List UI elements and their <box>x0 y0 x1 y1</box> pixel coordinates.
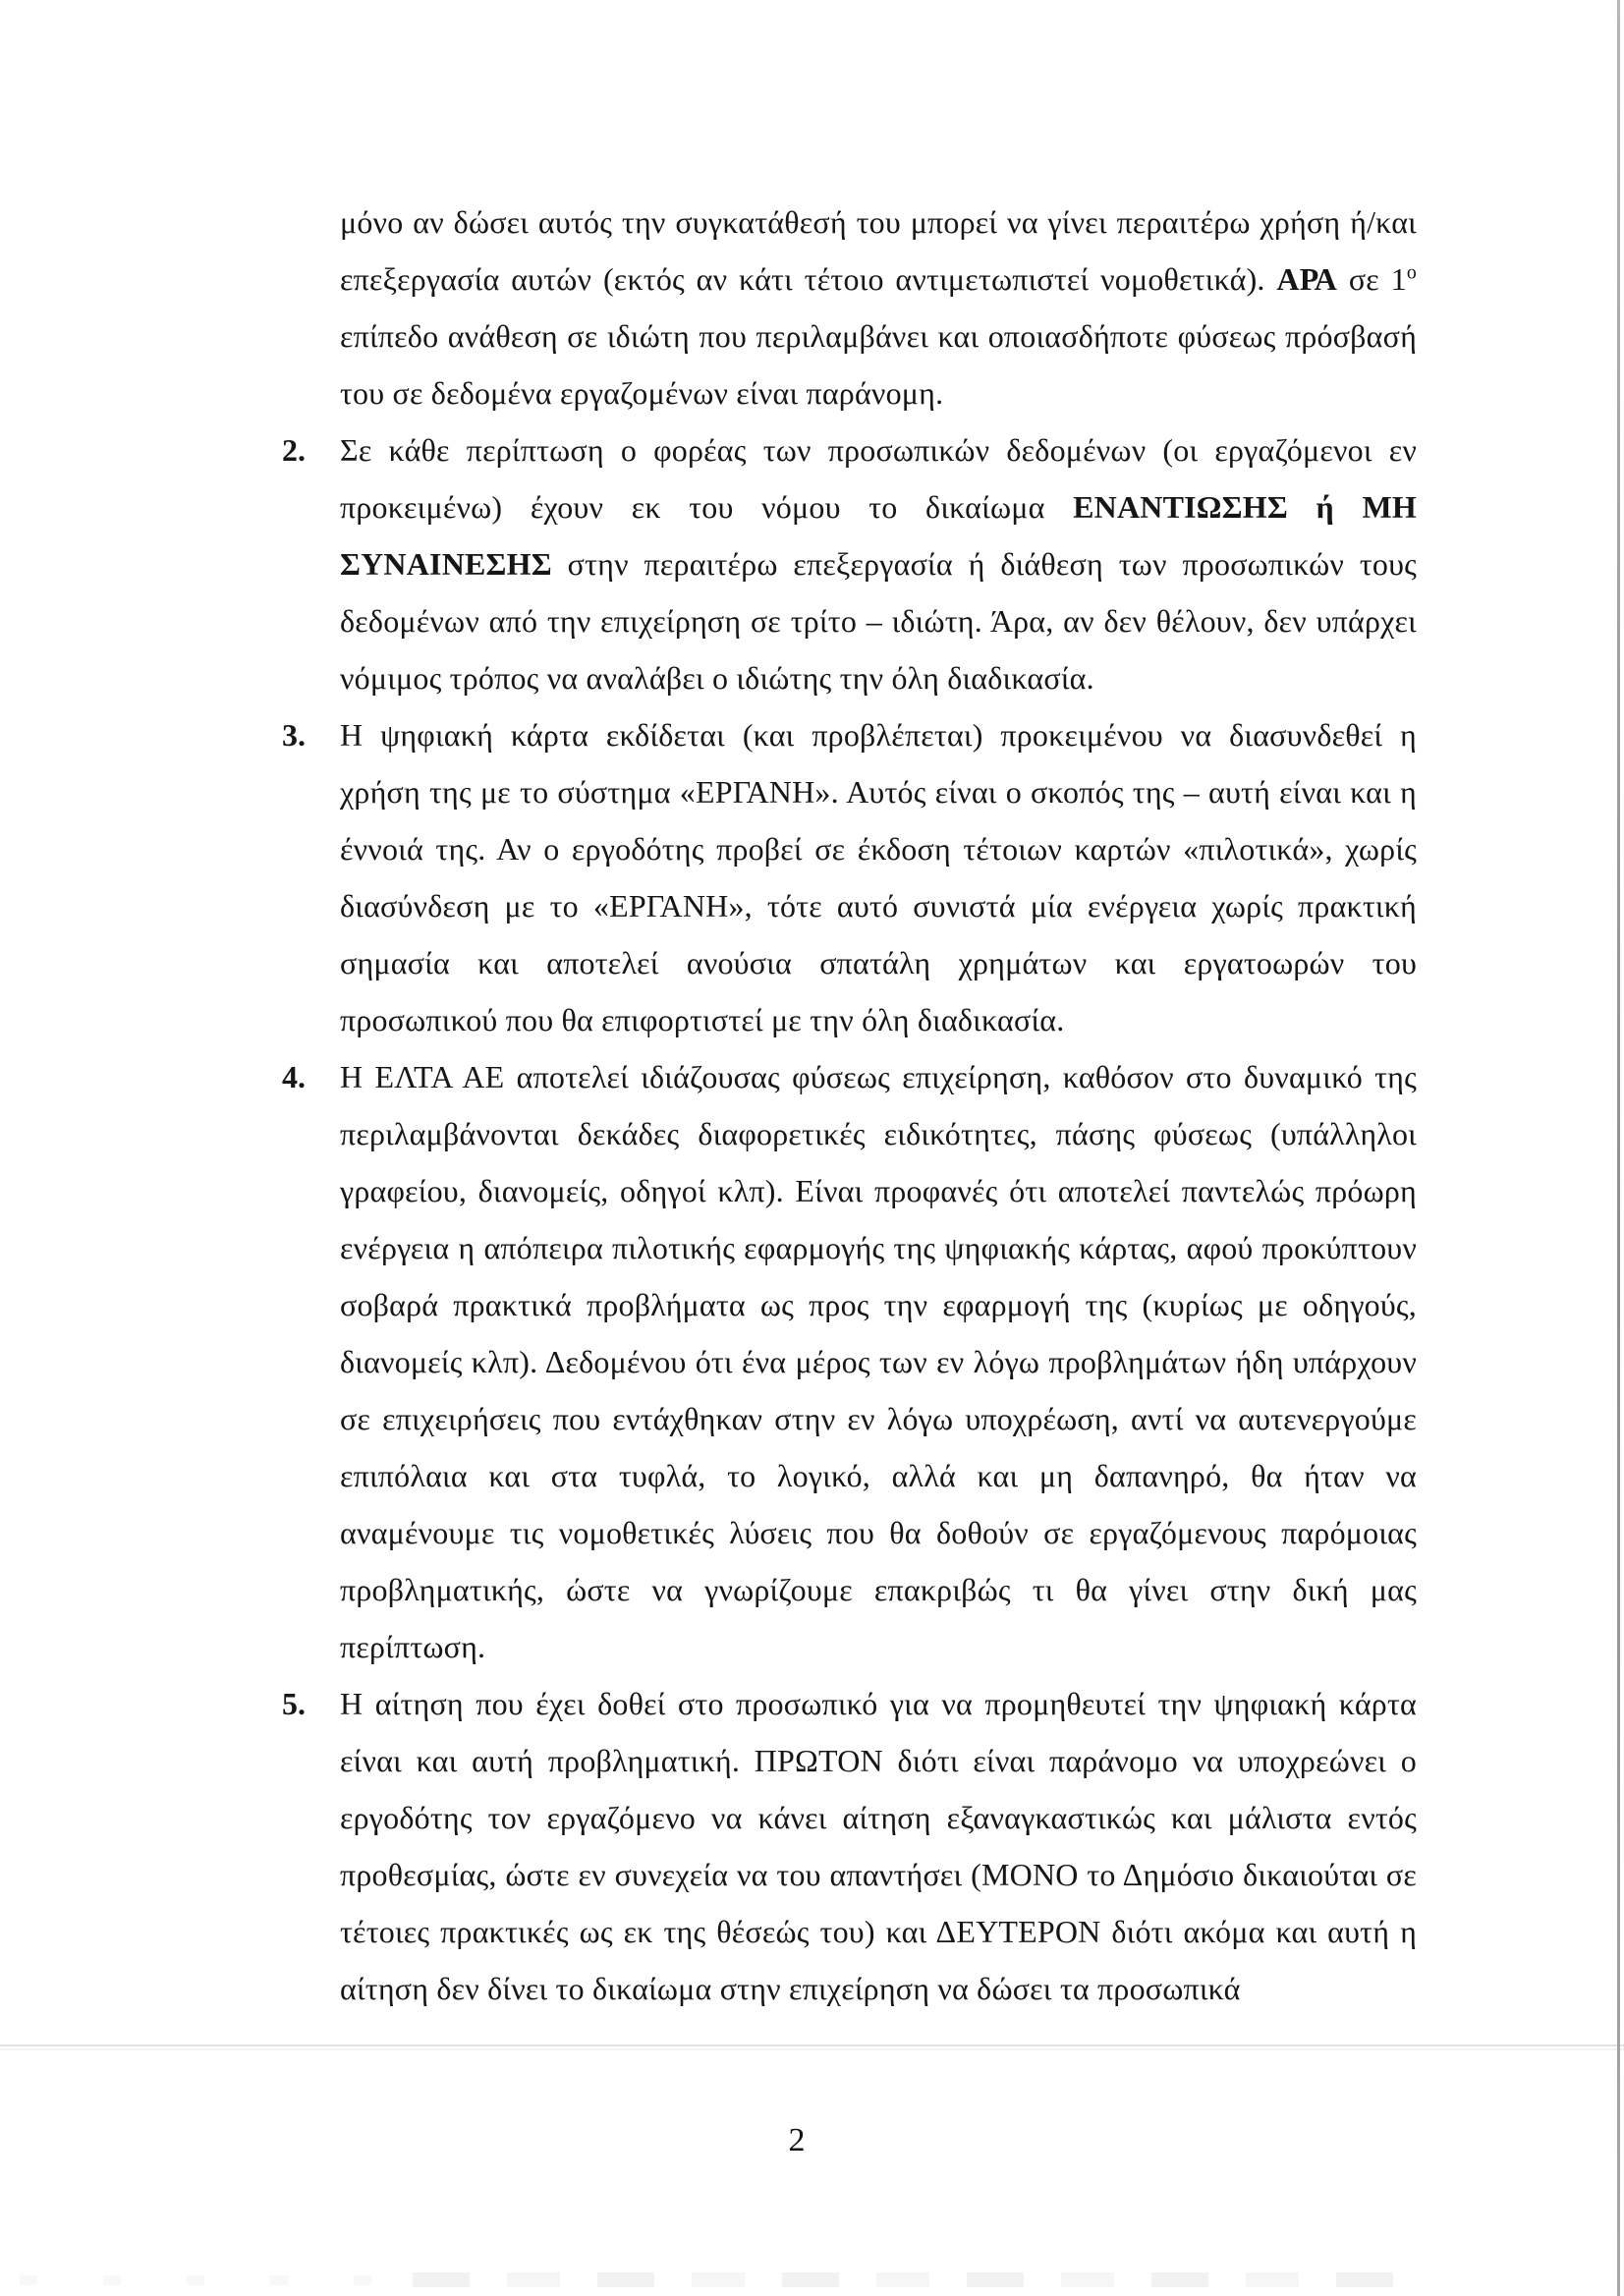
list-item-3: 3. Η ψηφιακή κάρτα εκδίδεται (και προβλέ… <box>340 706 1417 1048</box>
paragraph-item1-continuation: μόνο αν δώσει αυτός την συγκατάθεσή του … <box>340 194 1417 421</box>
scan-edge-artifact-line <box>1617 0 1620 2296</box>
scan-noise-strip <box>413 2272 1405 2287</box>
footer-separator-line <box>0 2044 1624 2046</box>
item1-ordinal-superscript: ο <box>1407 261 1417 283</box>
item1-text-part2: σε 1 <box>1337 261 1407 297</box>
list-item-4: 4. Η ΕΛΤΑ ΑΕ αποτελεί ιδιάζουσας φύσεως … <box>340 1048 1417 1675</box>
item4-paragraph: Η ΕΛΤΑ ΑΕ αποτελεί ιδιάζουσας φύσεως επι… <box>340 1048 1417 1675</box>
item2-number: 2. <box>282 421 331 478</box>
scan-noise-specks <box>20 2275 393 2285</box>
item1-bold-ara: ΑΡΑ <box>1276 261 1337 297</box>
item1-text-part1: μόνο αν δώσει αυτός την συγκατάθεσή του … <box>340 204 1417 297</box>
page-number: 2 <box>0 2112 1594 2169</box>
item5-paragraph: Η αίτηση που έχει δοθεί στο προσωπικό γι… <box>340 1675 1417 2017</box>
list-item-5: 5. Η αίτηση που έχει δοθεί στο προσωπικό… <box>340 1675 1417 2017</box>
scanned-document-page: μόνο αν δώσει αυτός την συγκατάθεσή του … <box>0 0 1624 2296</box>
item1-text-part3: επίπεδο ανάθεση σε ιδιώτη που περιλαμβάν… <box>340 318 1417 411</box>
item5-number: 5. <box>282 1675 331 1732</box>
item3-number: 3. <box>282 706 331 763</box>
item4-text: Η ΕΛΤΑ ΑΕ αποτελεί ιδιάζουσας φύσεως επι… <box>340 1059 1417 1664</box>
item3-paragraph: Η ψηφιακή κάρτα εκδίδεται (και προβλέπετ… <box>340 706 1417 1048</box>
item2-paragraph: Σε κάθε περίπτωση ο φορέας των προσωπικώ… <box>340 421 1417 706</box>
item3-text: Η ψηφιακή κάρτα εκδίδεται (και προβλέπετ… <box>340 717 1417 1037</box>
list-item-2: 2. Σε κάθε περίπτωση ο φορέας των προσωπ… <box>340 421 1417 706</box>
item4-number: 4. <box>282 1048 331 1105</box>
item5-text: Η αίτηση που έχει δοθεί στο προσωπικό γι… <box>340 1686 1417 2006</box>
text-block: μόνο αν δώσει αυτός την συγκατάθεσή του … <box>340 194 1417 2017</box>
